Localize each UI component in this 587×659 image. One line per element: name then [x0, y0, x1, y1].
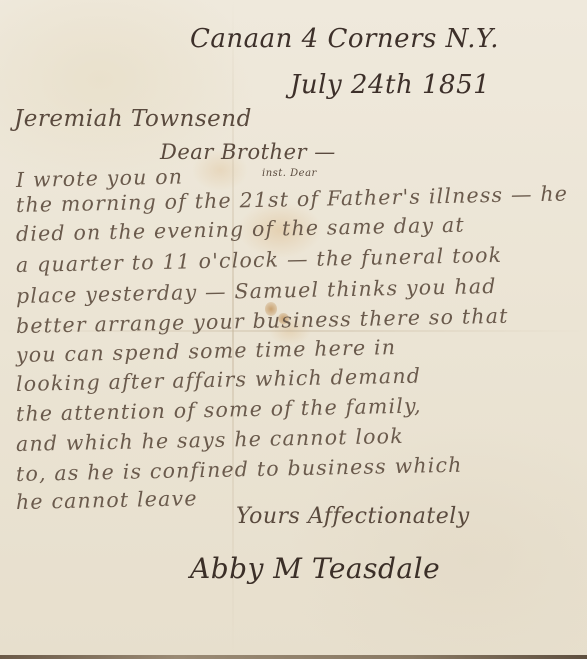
body-line: died on the evening of the same day at: [16, 213, 465, 246]
body-line: I wrote you on: [16, 165, 184, 192]
letter-recipient: Jeremiah Townsend: [14, 106, 252, 132]
paper-edge: [0, 655, 587, 659]
letter-date: July 24th 1851: [290, 70, 490, 100]
body-line: looking after affairs which demand: [16, 364, 422, 396]
body-line: he cannot leave: [16, 486, 198, 514]
body-line: to, as he is confined to business which: [16, 453, 463, 486]
body-line: place yesterday — Samuel thinks you had: [16, 274, 497, 308]
letter-page: Canaan 4 Corners N.Y. July 24th 1851 Jer…: [0, 0, 587, 659]
body-line: and which he says he cannot look: [16, 424, 404, 456]
body-line: a quarter to 11 o'clock — the funeral to…: [16, 243, 503, 277]
letter-salutation: Dear Brother —: [160, 140, 336, 164]
letter-closing: Yours Affectionately: [236, 504, 470, 529]
body-line: better arrange your business there so th…: [16, 304, 509, 338]
letter-place: Canaan 4 Corners N.Y.: [190, 24, 499, 54]
body-line: you can spend some time here in: [16, 335, 397, 367]
body-line: the attention of some of the family,: [16, 394, 422, 426]
letter-signature: Abby M Teasdale: [190, 552, 440, 585]
interlinear-note: inst. Dear: [262, 168, 317, 179]
